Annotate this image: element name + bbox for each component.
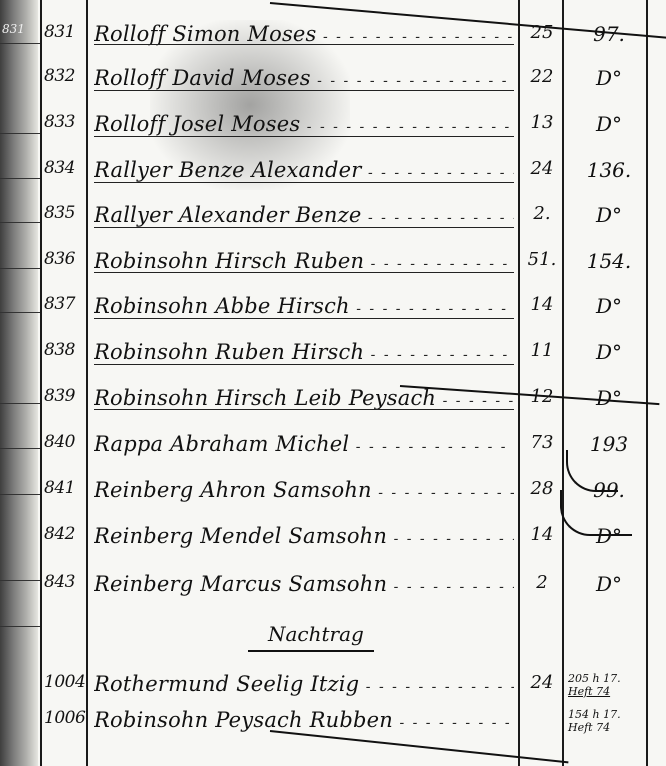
entry-name: Robinsohn Abbe Hirsch <box>94 294 514 318</box>
row-underline <box>94 136 514 137</box>
entry-age: 11 <box>522 340 562 361</box>
entry-ref: 97. <box>574 22 644 46</box>
entry-name: Rallyer Benze Alexander <box>94 158 514 182</box>
entry-number: 1006 <box>44 708 84 728</box>
row-underline <box>94 182 514 183</box>
row-underline <box>94 409 514 410</box>
entry-name: Reinberg Ahron Samsohn <box>94 478 514 502</box>
entry-ref: D° <box>574 340 644 364</box>
entry-number: 1004 <box>44 672 84 692</box>
entry-name: Rolloff Josel Moses <box>94 112 514 136</box>
row-underline <box>94 364 514 365</box>
register-page: 831 831 Rolloff Simon Moses 25 97. 832 R… <box>0 0 666 766</box>
entry-number: 837 <box>44 294 84 314</box>
entry-number: 842 <box>44 524 84 544</box>
entry-name: Robinsohn Ruben Hirsch <box>94 340 514 364</box>
register-entry: 833 Rolloff Josel Moses 13 D° <box>0 112 666 152</box>
entry-name: Robinsohn Hirsch Leib Peysach <box>94 386 514 410</box>
entry-age: 2 <box>522 572 562 593</box>
entry-ref-line2: Heft 74 <box>568 721 610 734</box>
entry-ref: D° <box>574 112 644 136</box>
row-underline <box>94 227 514 228</box>
register-entry: 840 Rappa Abraham Michel 73 193 <box>0 432 666 472</box>
section-heading: Nachtrag <box>268 622 364 646</box>
register-entry: 838 Robinsohn Ruben Hirsch 11 D° <box>0 340 666 380</box>
entry-number: 834 <box>44 158 84 178</box>
register-entry: 837 Robinsohn Abbe Hirsch 14 D° <box>0 294 666 334</box>
entry-name: Rallyer Alexander Benze <box>94 203 514 227</box>
entry-ref: 193 <box>574 432 644 456</box>
entry-number: 832 <box>44 66 84 86</box>
entry-ref: 205 h 17. Heft 74 <box>568 672 638 698</box>
entry-name: Rothermund Seelig Itzig <box>94 672 514 696</box>
entry-name: Robinsohn Peysach Rubben <box>94 708 514 732</box>
entry-age: 14 <box>522 524 562 545</box>
entry-ref: 154. <box>574 249 644 273</box>
entry-ref-line1: 154 h 17. <box>568 708 621 721</box>
register-entry: 832 Rolloff David Moses 22 D° <box>0 66 666 106</box>
addendum-entry: 1004 Rothermund Seelig Itzig 24 205 h 17… <box>0 672 666 712</box>
entry-age: 73 <box>522 432 562 453</box>
register-entry: 843 Reinberg Marcus Samsohn 2 D° <box>0 572 666 612</box>
entry-ref: 154 h 17. Heft 74 <box>568 708 638 734</box>
entry-ref: 99. <box>574 478 644 502</box>
entry-ref: D° <box>574 386 644 410</box>
entry-age: 24 <box>522 158 562 179</box>
register-entry: 834 Rallyer Benze Alexander 24 136. <box>0 158 666 198</box>
entry-age: 25 <box>522 22 562 43</box>
register-entry: 836 Robinsohn Hirsch Ruben 51. 154. <box>0 249 666 289</box>
entry-name: Rolloff Simon Moses <box>94 22 514 46</box>
entry-number: 843 <box>44 572 84 592</box>
row-underline <box>94 318 514 319</box>
entry-ref-line2: Heft 74 <box>568 685 610 698</box>
register-entry: 835 Rallyer Alexander Benze 2. D° <box>0 203 666 243</box>
entry-age: 22 <box>522 66 562 87</box>
entry-age: 13 <box>522 112 562 133</box>
entry-number: 838 <box>44 340 84 360</box>
register-entry: 831 Rolloff Simon Moses 25 97. <box>0 22 666 62</box>
entry-number: 841 <box>44 478 84 498</box>
entry-name: Robinsohn Hirsch Ruben <box>94 249 514 273</box>
entry-ref: D° <box>574 572 644 596</box>
entry-number: 836 <box>44 249 84 269</box>
addendum-entry: 1006 Robinsohn Peysach Rubben 154 h 17. … <box>0 708 666 748</box>
entry-ref: D° <box>574 294 644 318</box>
entry-age: 2. <box>522 203 562 224</box>
entry-number: 833 <box>44 112 84 132</box>
entry-ref: D° <box>574 524 644 548</box>
entry-ref: D° <box>574 203 644 227</box>
row-underline <box>94 90 514 91</box>
register-entry: 842 Reinberg Mendel Samsohn 14 D° <box>0 524 666 564</box>
entry-name: Reinberg Mendel Samsohn <box>94 524 514 548</box>
entry-age: 12 <box>522 386 562 407</box>
entry-name: Rappa Abraham Michel <box>94 432 514 456</box>
entry-number: 835 <box>44 203 84 223</box>
entry-name: Rolloff David Moses <box>94 66 514 90</box>
entry-age: 51. <box>522 249 562 270</box>
entry-number: 839 <box>44 386 84 406</box>
entry-ref-line1: 205 h 17. <box>568 672 621 685</box>
register-entry: 841 Reinberg Ahron Samsohn 28 99. <box>0 478 666 518</box>
entry-number: 831 <box>44 22 84 42</box>
entry-number: 840 <box>44 432 84 452</box>
entry-age: 14 <box>522 294 562 315</box>
entry-name: Reinberg Marcus Samsohn <box>94 572 514 596</box>
entry-age: 24 <box>522 672 562 693</box>
entry-age: 28 <box>522 478 562 499</box>
entry-ref: 136. <box>574 158 644 182</box>
row-underline <box>94 272 514 273</box>
margin-rule <box>0 626 40 627</box>
row-underline <box>94 44 514 45</box>
entry-ref: D° <box>574 66 644 90</box>
register-entry: 839 Robinsohn Hirsch Leib Peysach 12 D° <box>0 386 666 426</box>
